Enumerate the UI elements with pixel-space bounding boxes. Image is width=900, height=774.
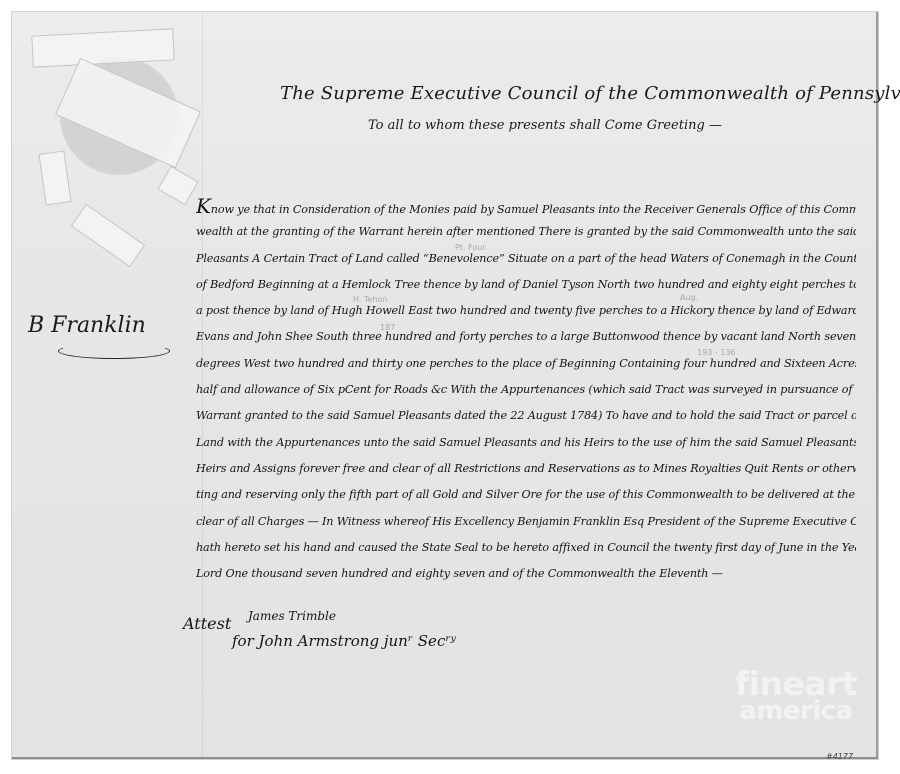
pencil-note: H. Tehon xyxy=(353,295,387,304)
watermark: fineart america xyxy=(716,668,876,724)
body-line: Warrant granted to the said Samuel Pleas… xyxy=(196,403,856,429)
grant-body: Know ye that in Consideration of the Mon… xyxy=(196,193,856,587)
body-line: wealth at the granting of the Warrant he… xyxy=(196,219,856,245)
pencil-note: Pt. Four. xyxy=(455,243,487,252)
body-line: Heirs and Assigns forever free and clear… xyxy=(196,456,856,482)
document-heading: The Supreme Executive Council of the Com… xyxy=(280,83,900,104)
paper-flap xyxy=(157,166,198,205)
watermark-line-2: america xyxy=(716,699,876,724)
archive-number: #4177 xyxy=(826,752,853,761)
document-subheading: To all to whom these presents shall Come… xyxy=(368,118,722,133)
paper-flap xyxy=(71,204,145,267)
body-line: hath hereto set his hand and caused the … xyxy=(196,535,856,561)
franklin-signature: B Franklin xyxy=(28,313,146,338)
attest-signatory: James Trimble xyxy=(248,609,336,623)
body-line: Pleasants A Certain Tract of Land called… xyxy=(196,246,856,272)
body-line: of Bedford Beginning at a Hemlock Tree t… xyxy=(196,272,856,298)
pencil-note: Aug. xyxy=(680,293,698,302)
body-line: a post thence by land of Hugh Howell Eas… xyxy=(196,298,856,324)
body-line: degrees West two hundred and thirty one … xyxy=(196,351,856,377)
seal-area xyxy=(12,12,212,252)
body-line: Evans and John Shee South three hundred … xyxy=(196,324,856,350)
body-line: clear of all Charges — In Witness whereo… xyxy=(196,509,856,535)
attest-secretary-line: for John Armstrong junʳ Secʳʸ xyxy=(232,632,456,650)
body-line: Lord One thousand seven hundred and eigh… xyxy=(196,561,856,587)
watermark-line-1: fineart xyxy=(716,668,876,699)
pencil-note: 193 - 136 xyxy=(697,348,736,357)
body-line: half and allowance of Six pCent for Road… xyxy=(196,377,856,403)
body-line: ting and reserving only the fifth part o… xyxy=(196,482,856,508)
paper-flap xyxy=(39,150,72,205)
paper-flap xyxy=(31,28,174,67)
pencil-note: 187 xyxy=(380,323,395,332)
body-line: Land with the Appurtenances unto the sai… xyxy=(196,430,856,456)
attest-label: Attest xyxy=(183,614,231,633)
body-line: Know ye that in Consideration of the Mon… xyxy=(196,193,856,219)
